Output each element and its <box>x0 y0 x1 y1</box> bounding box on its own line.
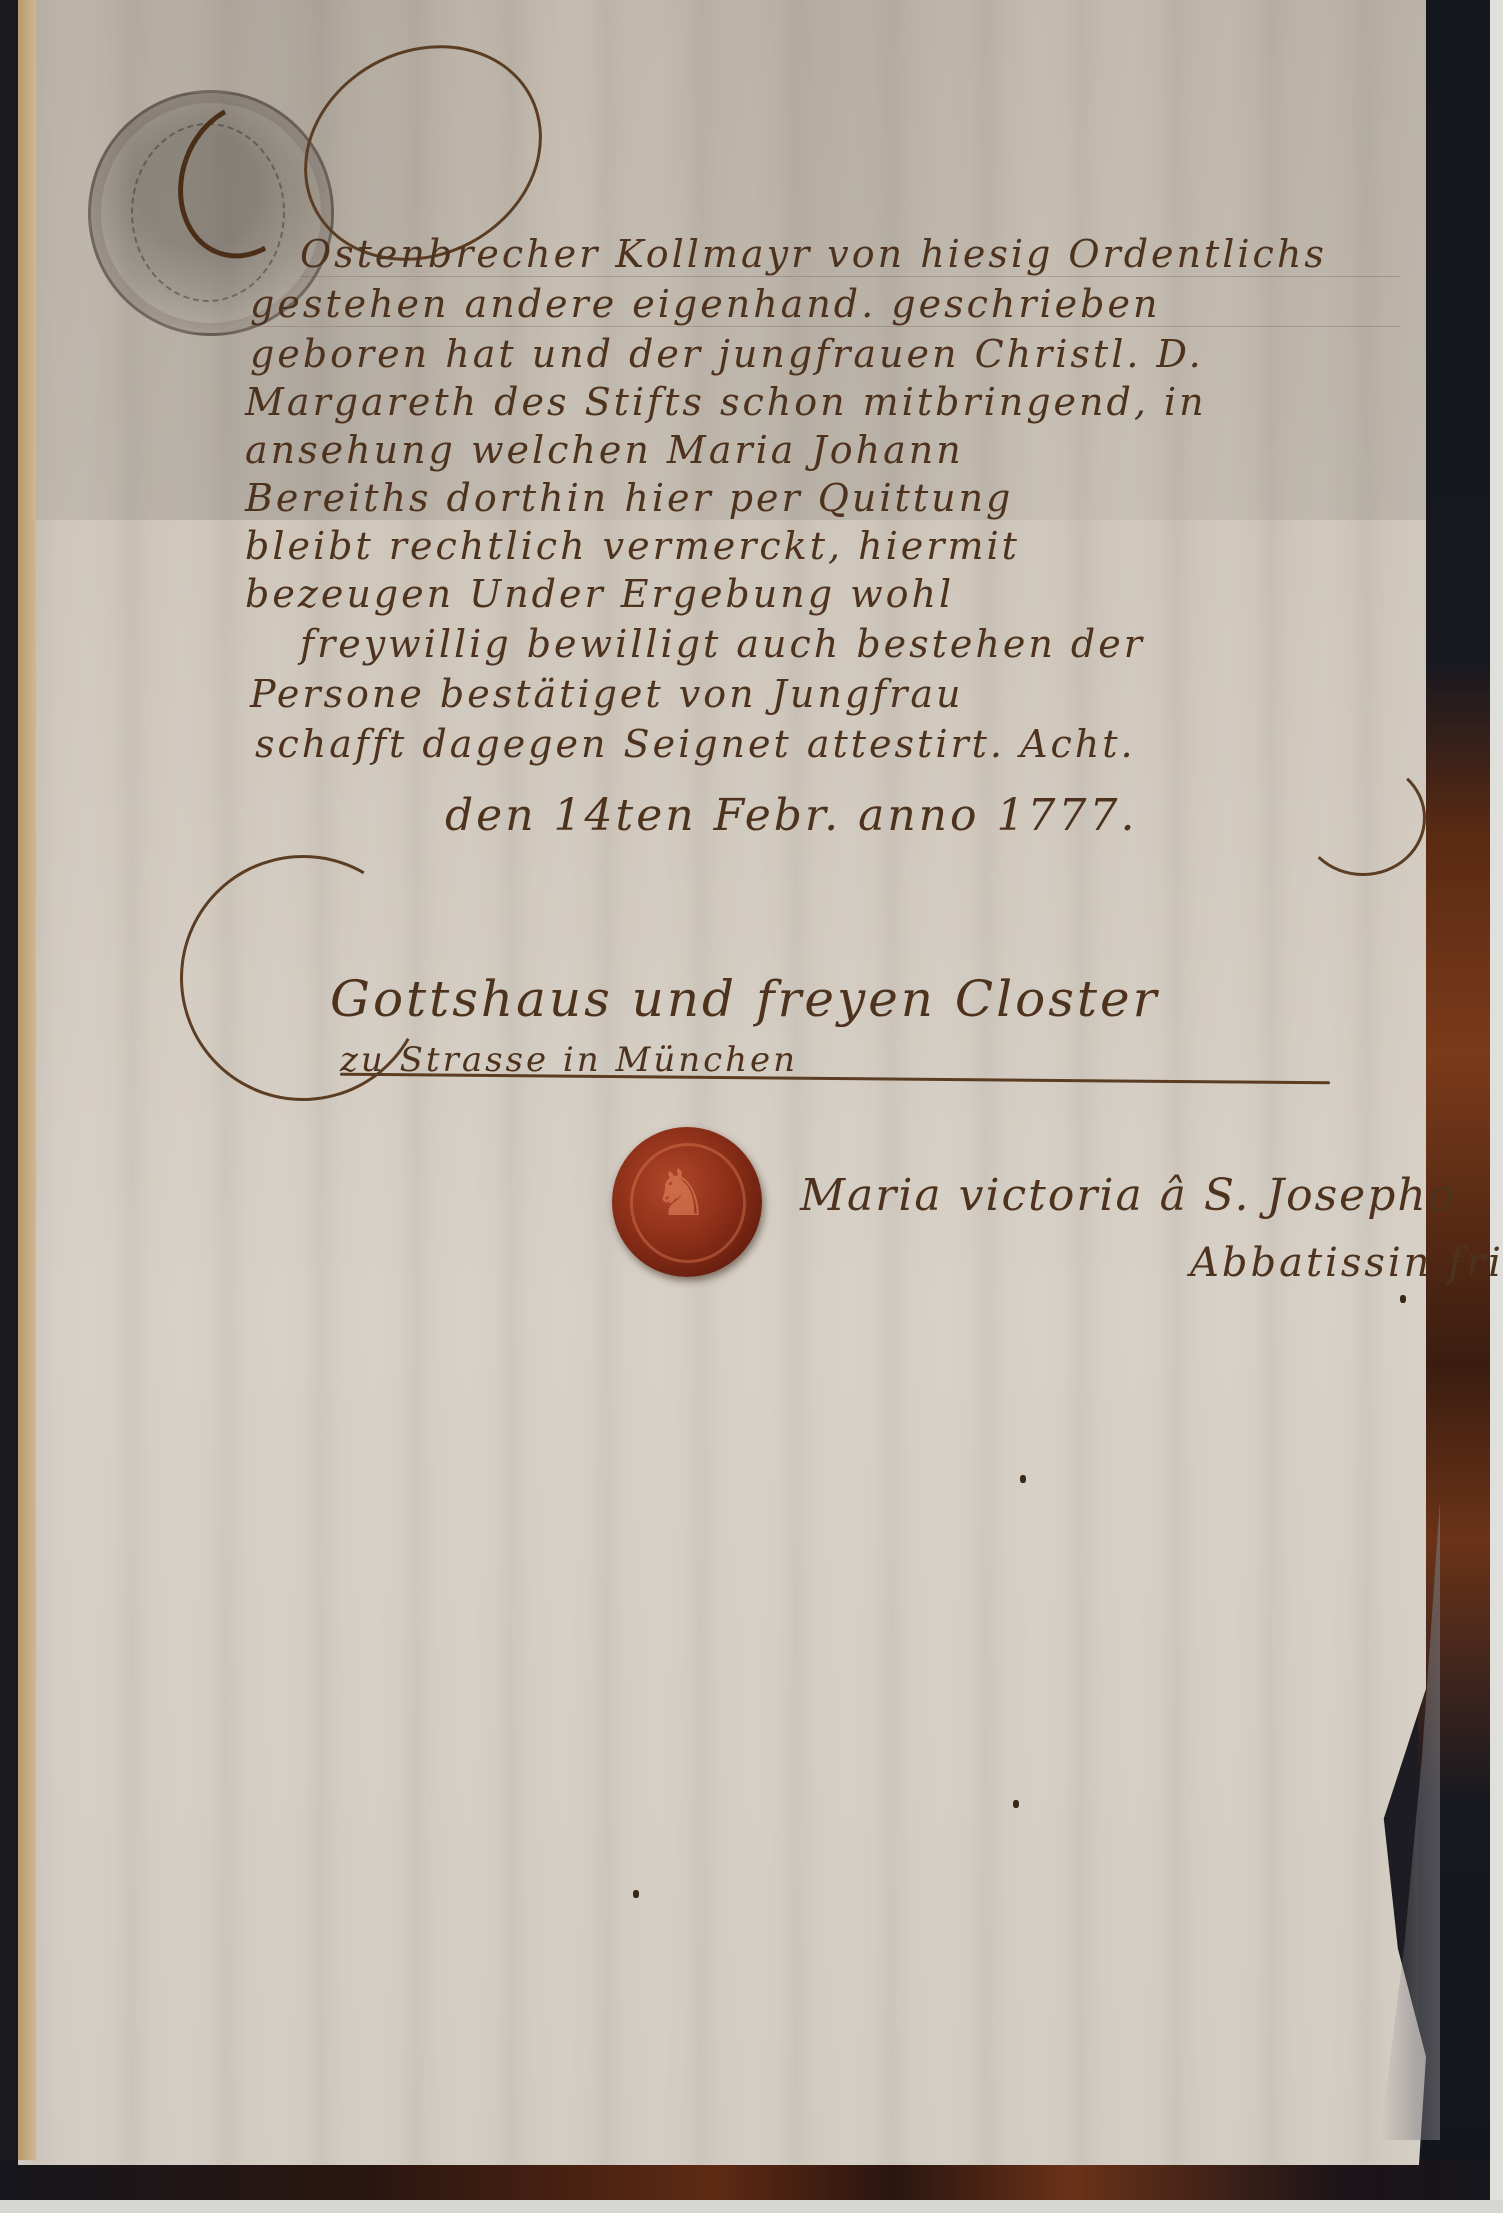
body-line: Bereiths dorthin hier per Quittung <box>245 476 1013 520</box>
closing-flourish <box>1300 760 1426 876</box>
date-anno: anno <box>858 790 979 841</box>
frame-bottom-border <box>0 2160 1490 2200</box>
paper-edge-left <box>18 0 36 2160</box>
abbess-title: Abbatissin frid <box>1190 1240 1503 1286</box>
scan-margin-bottom <box>0 2200 1503 2213</box>
date-day: 14ten <box>554 790 697 841</box>
ink-mark <box>1013 1800 1019 1808</box>
wax-seal-icon: ♞ <box>612 1127 762 1277</box>
ruled-line <box>250 326 1400 327</box>
body-line: Persone bestätiget von Jungfrau <box>250 672 964 716</box>
horse-rider-icon: ♞ <box>652 1157 709 1231</box>
body-line: bleibt rechtlich vermerckt, hiermit <box>245 524 1020 568</box>
ruled-line <box>300 276 1400 277</box>
ink-mark <box>1020 1475 1026 1483</box>
body-line: Ostenbrecher Kollmayr von hiesig Ordentl… <box>300 232 1327 276</box>
scan-margin-right <box>1490 0 1503 2213</box>
body-line: Margareth des Stifts schon mitbringend, … <box>245 380 1207 424</box>
date-year: 1777. <box>997 790 1138 841</box>
signature-line-1: Gottshaus und freyen Closter <box>330 970 1159 1028</box>
body-line: gestehen andere eigenhand. geschrieben <box>250 282 1160 326</box>
date-month: Febr. <box>714 790 842 841</box>
body-line: freywillig bewilligt auch bestehen der <box>300 622 1145 666</box>
date-prefix: den <box>445 790 537 841</box>
body-line: geboren hat und der jungfrauen Christl. … <box>250 332 1204 376</box>
abbess-name: Maria victoria â S. Josepho <box>800 1170 1456 1221</box>
body-line: schafft dagegen Seignet attestirt. Acht. <box>255 722 1136 766</box>
ink-mark <box>1400 1295 1406 1303</box>
ink-mark <box>633 1890 639 1898</box>
date-line: den 14ten Febr. anno 1777. <box>445 790 1137 841</box>
body-line: ansehung welchen Maria Johann <box>245 428 964 472</box>
body-line: bezeugen Under Ergebung wohl <box>245 572 954 616</box>
